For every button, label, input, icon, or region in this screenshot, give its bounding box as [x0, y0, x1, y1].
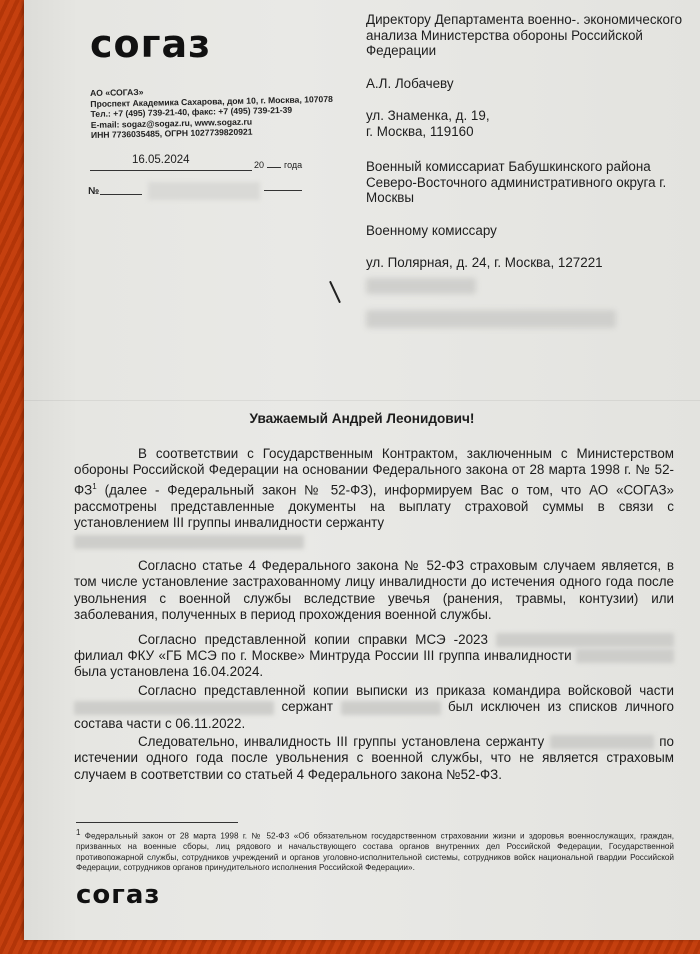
paragraph-2: Согласно статье 4 Федерального закона № … [74, 558, 674, 624]
letter-body: В соответствии с Государственным Контрак… [74, 446, 674, 791]
footnote-mark: 1 [76, 828, 80, 837]
recipient2-org: Военный комиссариат Бабушкинского района… [366, 159, 696, 206]
sogaz-logo: согаз [90, 22, 211, 66]
footnote-text: Федеральный закон от 28 марта 1998 г. № … [76, 832, 674, 872]
paragraph-1: В соответствии с Государственным Контрак… [74, 446, 674, 532]
redacted-recipient-name [366, 278, 476, 294]
redacted-term [576, 649, 674, 663]
recipient1-address: ул. Знаменка, д. 19, г. Москва, 119160 [366, 108, 696, 139]
recipient2-address: ул. Полярная, д. 24, г. Москва, 127221 [366, 255, 696, 271]
recipient1-name: А.Л. Лобачеву [366, 76, 696, 92]
paper-fold [24, 400, 700, 401]
recipient1-address-line1: ул. Знаменка, д. 19, [366, 108, 490, 123]
paragraph-3: Согласно представленной копии справки МС… [74, 632, 674, 681]
redacted-certificate [496, 633, 674, 647]
redacted-name [74, 535, 304, 549]
addressee-block: Директору Департамента военно-. экономич… [366, 12, 696, 288]
number-underline-2 [264, 190, 302, 191]
redacted-soldier-name-2 [550, 735, 654, 749]
recipient2-title: Военному комиссару [366, 223, 696, 239]
paragraph-4-b: сержант [281, 699, 333, 714]
paragraph-3-b: филиал ФКУ «ГБ МСЭ по г. Москве» Минтруд… [74, 648, 572, 663]
letter-date: 16.05.2024 [132, 154, 190, 166]
recipient1-address-line2: г. Москва, 119160 [366, 124, 474, 139]
footnote-divider [76, 822, 238, 823]
company-details: АО «СОГАЗ» Проспект Академика Сахарова, … [90, 83, 334, 141]
paragraph-3-c: была установлена 16.04.2024. [74, 664, 263, 679]
redacted-soldier-name [341, 701, 441, 715]
footnote: 1 Федеральный закон от 28 марта 1998 г. … [76, 828, 674, 873]
paragraph-1-text-cont: (далее - Федеральный закон № 52-ФЗ), инф… [74, 482, 674, 530]
paragraph-3-a: Согласно представленной копии справки МС… [138, 632, 488, 647]
year-suffix: года [284, 160, 302, 170]
paragraph-4: Согласно представленной копии выписки из… [74, 683, 674, 732]
year-field: 20года [254, 160, 302, 170]
salutation: Уважаемый Андрей Леонидович! [24, 411, 700, 426]
paragraph-5: Следовательно, инвалидность III группы у… [74, 734, 674, 783]
redacted-recipient-address [366, 310, 616, 328]
pen-mark [329, 281, 341, 304]
redacted-number [148, 182, 260, 200]
number-label: № [88, 186, 99, 197]
year-prefix: 20 [254, 160, 264, 170]
recipient1-title: Директору Департамента военно-. экономич… [366, 12, 696, 59]
date-underline [90, 170, 252, 171]
letter-page: согаз АО «СОГАЗ» Проспект Академика Саха… [24, 0, 700, 940]
number-underline [100, 194, 142, 195]
year-blank [267, 167, 281, 168]
paragraph-4-a: Согласно представленной копии выписки из… [138, 683, 674, 698]
paragraph-5-a: Следовательно, инвалидность III группы у… [138, 734, 544, 749]
redacted-unit [74, 701, 274, 715]
sogaz-footer-logo: согаз [76, 880, 161, 910]
